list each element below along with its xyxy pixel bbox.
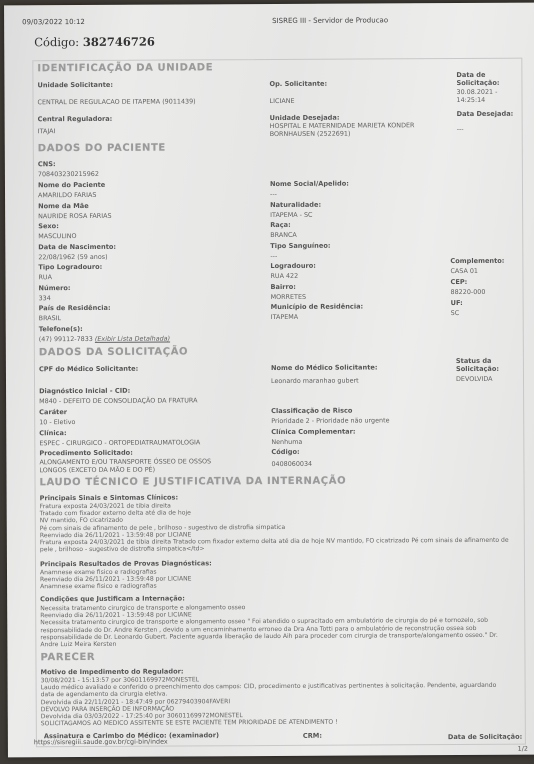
value-central-reguladora: ITAJAI	[38, 127, 56, 135]
value-nome-mae: NAURIDE ROSA FARIAS	[38, 212, 111, 220]
value-pais: BRASIL	[39, 314, 61, 322]
value-cns: 708403230215962	[38, 170, 99, 178]
value-cep: 88220-000	[451, 288, 486, 296]
exibir-lista-detalhada-link[interactable]: (Exibir Lista Detalhada)	[95, 335, 170, 343]
label-nome-mae: Nome da Mãe	[38, 202, 89, 210]
label-logradouro: Logradouro:	[270, 262, 316, 270]
value-unidade-desejada: HOSPITAL E MATERNIDADE MARIETA KONDER BO…	[270, 122, 420, 138]
page-number: 1/2	[518, 745, 528, 753]
value-unidade-solicitante: CENTRAL DE REGULACAO DE ITAPEMA (9011439…	[38, 97, 196, 106]
value-naturalidade: ITAPEMA - SC	[270, 211, 312, 219]
label-pais: País de Residência:	[39, 304, 111, 312]
value-codigo-procedimento: 0408060034	[271, 460, 312, 468]
section-title-solicitacao: DADOS DA SOLICITAÇÃO	[39, 346, 188, 358]
label-codigo-procedimento: Código:	[271, 448, 299, 456]
label-nascimento: Data de Nascimento:	[38, 243, 116, 251]
value-municipio: ITAPEMA	[271, 313, 298, 321]
value-clinica-complementar: Nenhuma	[271, 438, 302, 446]
label-cns: CNS:	[38, 160, 56, 168]
label-condicoes-internacao: Condições que Justificam a Internação:	[40, 594, 185, 603]
value-logradouro: RUA 422	[270, 272, 298, 280]
value-nome-paciente: AMARILDO FARIAS	[38, 191, 96, 199]
label-carater: Caráter	[39, 408, 67, 416]
system-title: SISREG III - Servidor de Producao	[272, 16, 388, 25]
section-title-paciente: DADOS DO PACIENTE	[38, 143, 166, 155]
sinais-sintomas-text: Fratura exposta 24/03/2021 de tibia dire…	[40, 501, 510, 554]
text-line: Necessita tratamento cirurgico de transp…	[40, 617, 510, 648]
label-bairro: Bairro:	[270, 283, 295, 291]
value-sexo: MASCULINO	[38, 232, 76, 240]
value-tipo-logradouro: RUA	[38, 273, 52, 281]
label-naturalidade: Naturalidade:	[270, 201, 321, 209]
label-numero: Número:	[38, 284, 70, 292]
label-diagnostico: Diagnóstico Inicial - CID:	[39, 387, 130, 395]
label-clinica: Clínica:	[39, 429, 66, 437]
provas-diagnosticas-text: Anamnese exame fisico e radiografias Ree…	[40, 567, 510, 591]
value-raca: BRANCA	[270, 231, 297, 239]
value-classificacao-risco: Prioridade 2 - Prioridade não urgente	[271, 416, 389, 425]
label-complemento: Complemento:	[450, 257, 504, 265]
print-timestamp: 09/03/2022 10:12	[22, 18, 85, 26]
label-motivo-impedimento: Motivo de Impedimento do Regulador:	[41, 667, 184, 676]
label-central-reguladora: Central Reguladora:	[38, 115, 113, 123]
label-crm: CRM:	[303, 732, 322, 740]
value-tipo-sanguineo: ---	[270, 252, 277, 260]
printed-document: 09/03/2022 10:12 SISREG III - Servidor d…	[4, 3, 534, 758]
label-telefone: Telefone(s):	[39, 325, 83, 333]
text-line: Fratura exposta 24/03/2021 de tibia dire…	[40, 537, 510, 554]
value-complemento: CASA 01	[450, 267, 478, 275]
label-cpf-medico: CPF do Médico Solicitante:	[39, 365, 138, 374]
value-nome-social: ---	[270, 190, 277, 198]
value-nome-medico: Leonardo maranhao gubert	[271, 377, 359, 385]
label-sexo: Sexo:	[38, 222, 59, 230]
label-classificacao-risco: Classificação de Risco	[271, 407, 352, 415]
code-value: 382746726	[83, 35, 155, 49]
value-carater: 10 - Eletivo	[39, 418, 75, 426]
label-status: Status da Solicitação:	[456, 357, 508, 373]
label-nome-social: Nome Social/Apelido:	[270, 180, 349, 188]
label-uf: UF:	[451, 299, 463, 307]
value-clinica: ESPEC - CIRURGICO - ORTOPEDIATRAUMATOLOG…	[39, 438, 200, 447]
value-bairro: MORRETES	[271, 293, 307, 301]
label-sinais-sintomas: Principais Sinais e Sintomas Clínicos:	[40, 493, 179, 502]
label-municipio: Município de Residência:	[271, 303, 364, 311]
code-label: Código:	[34, 35, 79, 49]
label-op-solicitante: Op. Solicitante:	[269, 80, 327, 88]
footer-url: https://sisregiii.saude.gov.br/cgi-bin/i…	[34, 738, 168, 747]
label-nome-medico: Nome do Médico Solicitante:	[271, 363, 378, 372]
value-nascimento: 22/08/1962 (59 anos)	[38, 253, 107, 261]
section-title-laudo: LAUDO TÉCNICO E JUSTIFICATIVA DA INTERNA…	[40, 476, 347, 489]
parecer-text: 30/08/2021 - 15:13:57 por 30601169972MON…	[41, 675, 511, 728]
print-header: 09/03/2022 10:12 SISREG III - Servidor d…	[22, 16, 524, 19]
label-cep: CEP:	[450, 278, 467, 286]
section-title-identificacao: IDENTIFICAÇÃO DA UNIDADE	[37, 62, 213, 74]
value-procedimento: ALONGAMENTO E/OU TRANSPORTE ÓSSEO DE OSS…	[39, 458, 219, 474]
label-data-solicitacao: Data de Solicitação:	[456, 71, 506, 87]
value-diagnostico: M840 - DEFEITO DE CONSOLIDAÇÃO DA FRATUR…	[39, 396, 197, 405]
section-title-parecer: PARECER	[40, 652, 95, 663]
label-raca: Raça:	[270, 221, 291, 229]
label-data-desejada: Data Desejada:	[457, 110, 514, 118]
value-status: DEVOLVIDA	[456, 375, 493, 383]
value-data-desejada: ---	[457, 125, 464, 133]
label-procedimento: Procedimento Solicitado:	[39, 449, 132, 457]
label-clinica-complementar: Clínica Complementar:	[271, 428, 355, 436]
telefone-number: (47) 99112-7833	[39, 335, 93, 343]
value-uf: SC	[451, 309, 460, 317]
condicoes-internacao-text: Necessita tratamento cirurgico de transp…	[40, 603, 510, 649]
value-telefone: (47) 99112-7833 (Exibir Lista Detalhada)	[39, 335, 170, 344]
label-provas-diagnosticas: Principais Resultados de Provas Diagnóst…	[40, 559, 212, 568]
value-op-solicitante: LICIANE	[270, 97, 295, 105]
value-numero: 334	[39, 294, 51, 302]
label-data-solicitacao-footer: Data de Solicitação:	[448, 733, 522, 741]
request-code: Código: 382746726	[34, 35, 155, 50]
label-nome-paciente: Nome do Paciente	[38, 181, 105, 189]
value-data-solicitacao: 30.08.2021 - 14:25:14	[456, 88, 508, 104]
label-tipo-logradouro: Tipo Logradouro:	[38, 263, 102, 271]
label-tipo-sanguineo: Tipo Sanguíneo:	[270, 242, 330, 250]
label-unidade-solicitante: Unidade Solicitante:	[37, 81, 113, 89]
